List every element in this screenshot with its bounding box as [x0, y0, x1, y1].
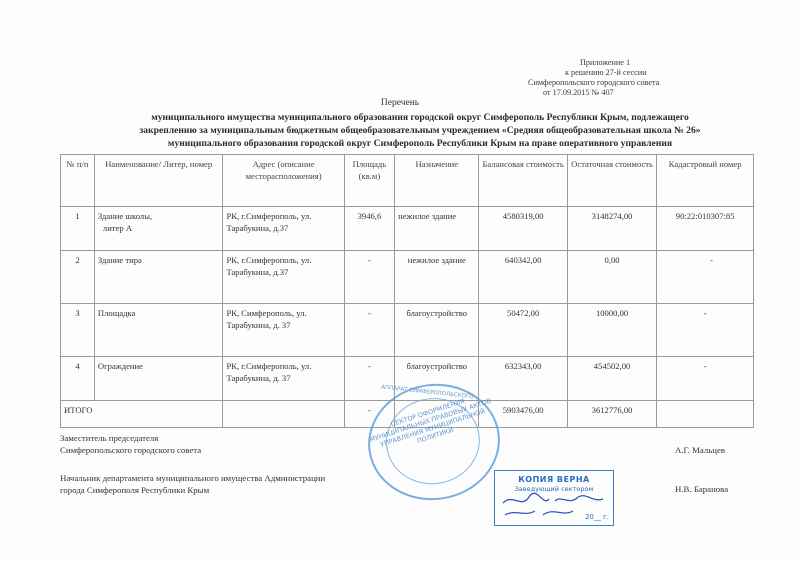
copy-stamp-date: 20__ г. — [585, 513, 609, 521]
document-title: Перечень — [0, 98, 800, 108]
total-residual: 3612776,00 — [567, 401, 656, 428]
cell-num: 3 — [61, 304, 95, 357]
cell-area: - — [344, 357, 394, 401]
appendix-note: Приложение 1 к решению 27-й сессии Симфе… — [520, 58, 720, 98]
signature-role: Заместитель председателя — [60, 432, 201, 444]
signature-org: города Симферополя Республики Крым — [60, 484, 325, 496]
document-page: Приложение 1 к решению 27-й сессии Симфе… — [0, 0, 800, 561]
cell-residual: 454502,00 — [567, 357, 656, 401]
name-line: Здание школы, — [98, 210, 220, 222]
cell-address: РК, г.Симферополь, ул. Тарабукина, д.37 — [223, 251, 344, 304]
cell-area: - — [344, 304, 394, 357]
cell-address: РК, Симферополь, ул. Тарабукина, д. 37 — [223, 304, 344, 357]
document-subtitle: муниципального имущества муниципального … — [60, 111, 780, 150]
signature-block-department: Начальник департамента муниципального им… — [60, 472, 325, 496]
cell-cadastral: - — [657, 357, 754, 401]
cell-name: Здание школы, литер А — [94, 207, 223, 251]
cell-name: Ограждение — [94, 357, 223, 401]
header-purpose: Назначение — [395, 155, 479, 207]
header-cadastral: Кадастровый номер — [657, 155, 754, 207]
subtitle-line: закреплению за муниципальным бюджетным о… — [60, 124, 780, 137]
table-row: 1 Здание школы, литер А РК, г.Симферопол… — [61, 207, 754, 251]
cell-name: Площадка — [94, 304, 223, 357]
cell-area: - — [344, 251, 394, 304]
signature-role: Начальник департамента муниципального им… — [60, 472, 325, 484]
cell-cadastral: - — [657, 251, 754, 304]
cell-num: 4 — [61, 357, 95, 401]
cell-residual: 10000,00 — [567, 304, 656, 357]
cell-balance: 4580319,00 — [479, 207, 567, 251]
table-header-row: № п/п Наименование/ Литер, номер Адрес (… — [61, 155, 754, 207]
subtitle-line: муниципального образования городской окр… — [60, 137, 780, 150]
cell-purpose: благоустройство — [395, 304, 479, 357]
cell-num: 2 — [61, 251, 95, 304]
appendix-line: Приложение 1 — [520, 58, 720, 68]
cell-num: 1 — [61, 207, 95, 251]
cell-balance: 632343,00 — [479, 357, 567, 401]
certified-copy-stamp: КОПИЯ ВЕРНА Заведующий сектором 20__ г. — [494, 470, 614, 526]
cell-purpose: нежилое здание — [395, 207, 479, 251]
signature-org: Симферопольского городского совета — [60, 444, 201, 456]
cell-purpose: нежилое здание — [395, 251, 479, 304]
header-num: № п/п — [61, 155, 95, 207]
cell-residual: 0,00 — [567, 251, 656, 304]
header-balance: Балансовая стоимость — [479, 155, 567, 207]
cell-balance: 50472,00 — [479, 304, 567, 357]
appendix-line: к решению 27-й сессии — [520, 68, 720, 78]
cell-cadastral: 90:22:010307:85 — [657, 207, 754, 251]
header-area: Площадь (кв.м) — [344, 155, 394, 207]
cell-area: 3946,6 — [344, 207, 394, 251]
table-row: 3 Площадка РК, Симферополь, ул. Тарабуки… — [61, 304, 754, 357]
table-row: 2 Здание тира РК, г.Симферополь, ул. Тар… — [61, 251, 754, 304]
total-address-empty — [223, 401, 344, 428]
header-residual: Остаточная стоимость — [567, 155, 656, 207]
appendix-line: Симферопольского городского совета — [520, 78, 720, 88]
cell-cadastral: - — [657, 304, 754, 357]
name-literal: литер А — [98, 222, 220, 234]
cell-address: РК, г.Симферополь, ул. Тарабукина, д.37 — [223, 207, 344, 251]
total-label: ИТОГО — [61, 401, 223, 428]
cell-name: Здание тира — [94, 251, 223, 304]
header-address: Адрес (описание месторасположения) — [223, 155, 344, 207]
cell-address: РК, г.Симферополь, ул. Тарабукина, д. 37 — [223, 357, 344, 401]
header-name: Наименование/ Литер, номер — [94, 155, 223, 207]
appendix-line: от 17.09.2015 № 407 — [520, 88, 720, 98]
cell-residual: 3148274,00 — [567, 207, 656, 251]
signature-block-chairman: Заместитель председателя Симферопольског… — [60, 432, 201, 456]
signature-name-chairman: А.Г. Мальцев — [675, 445, 725, 455]
subtitle-line: муниципального имущества муниципального … — [60, 111, 780, 124]
copy-stamp-title: КОПИЯ ВЕРНА — [495, 475, 613, 484]
signature-name-department: Н.В. Баранова — [675, 484, 728, 494]
total-cadastral-empty — [657, 401, 754, 428]
cell-balance: 640342,00 — [479, 251, 567, 304]
